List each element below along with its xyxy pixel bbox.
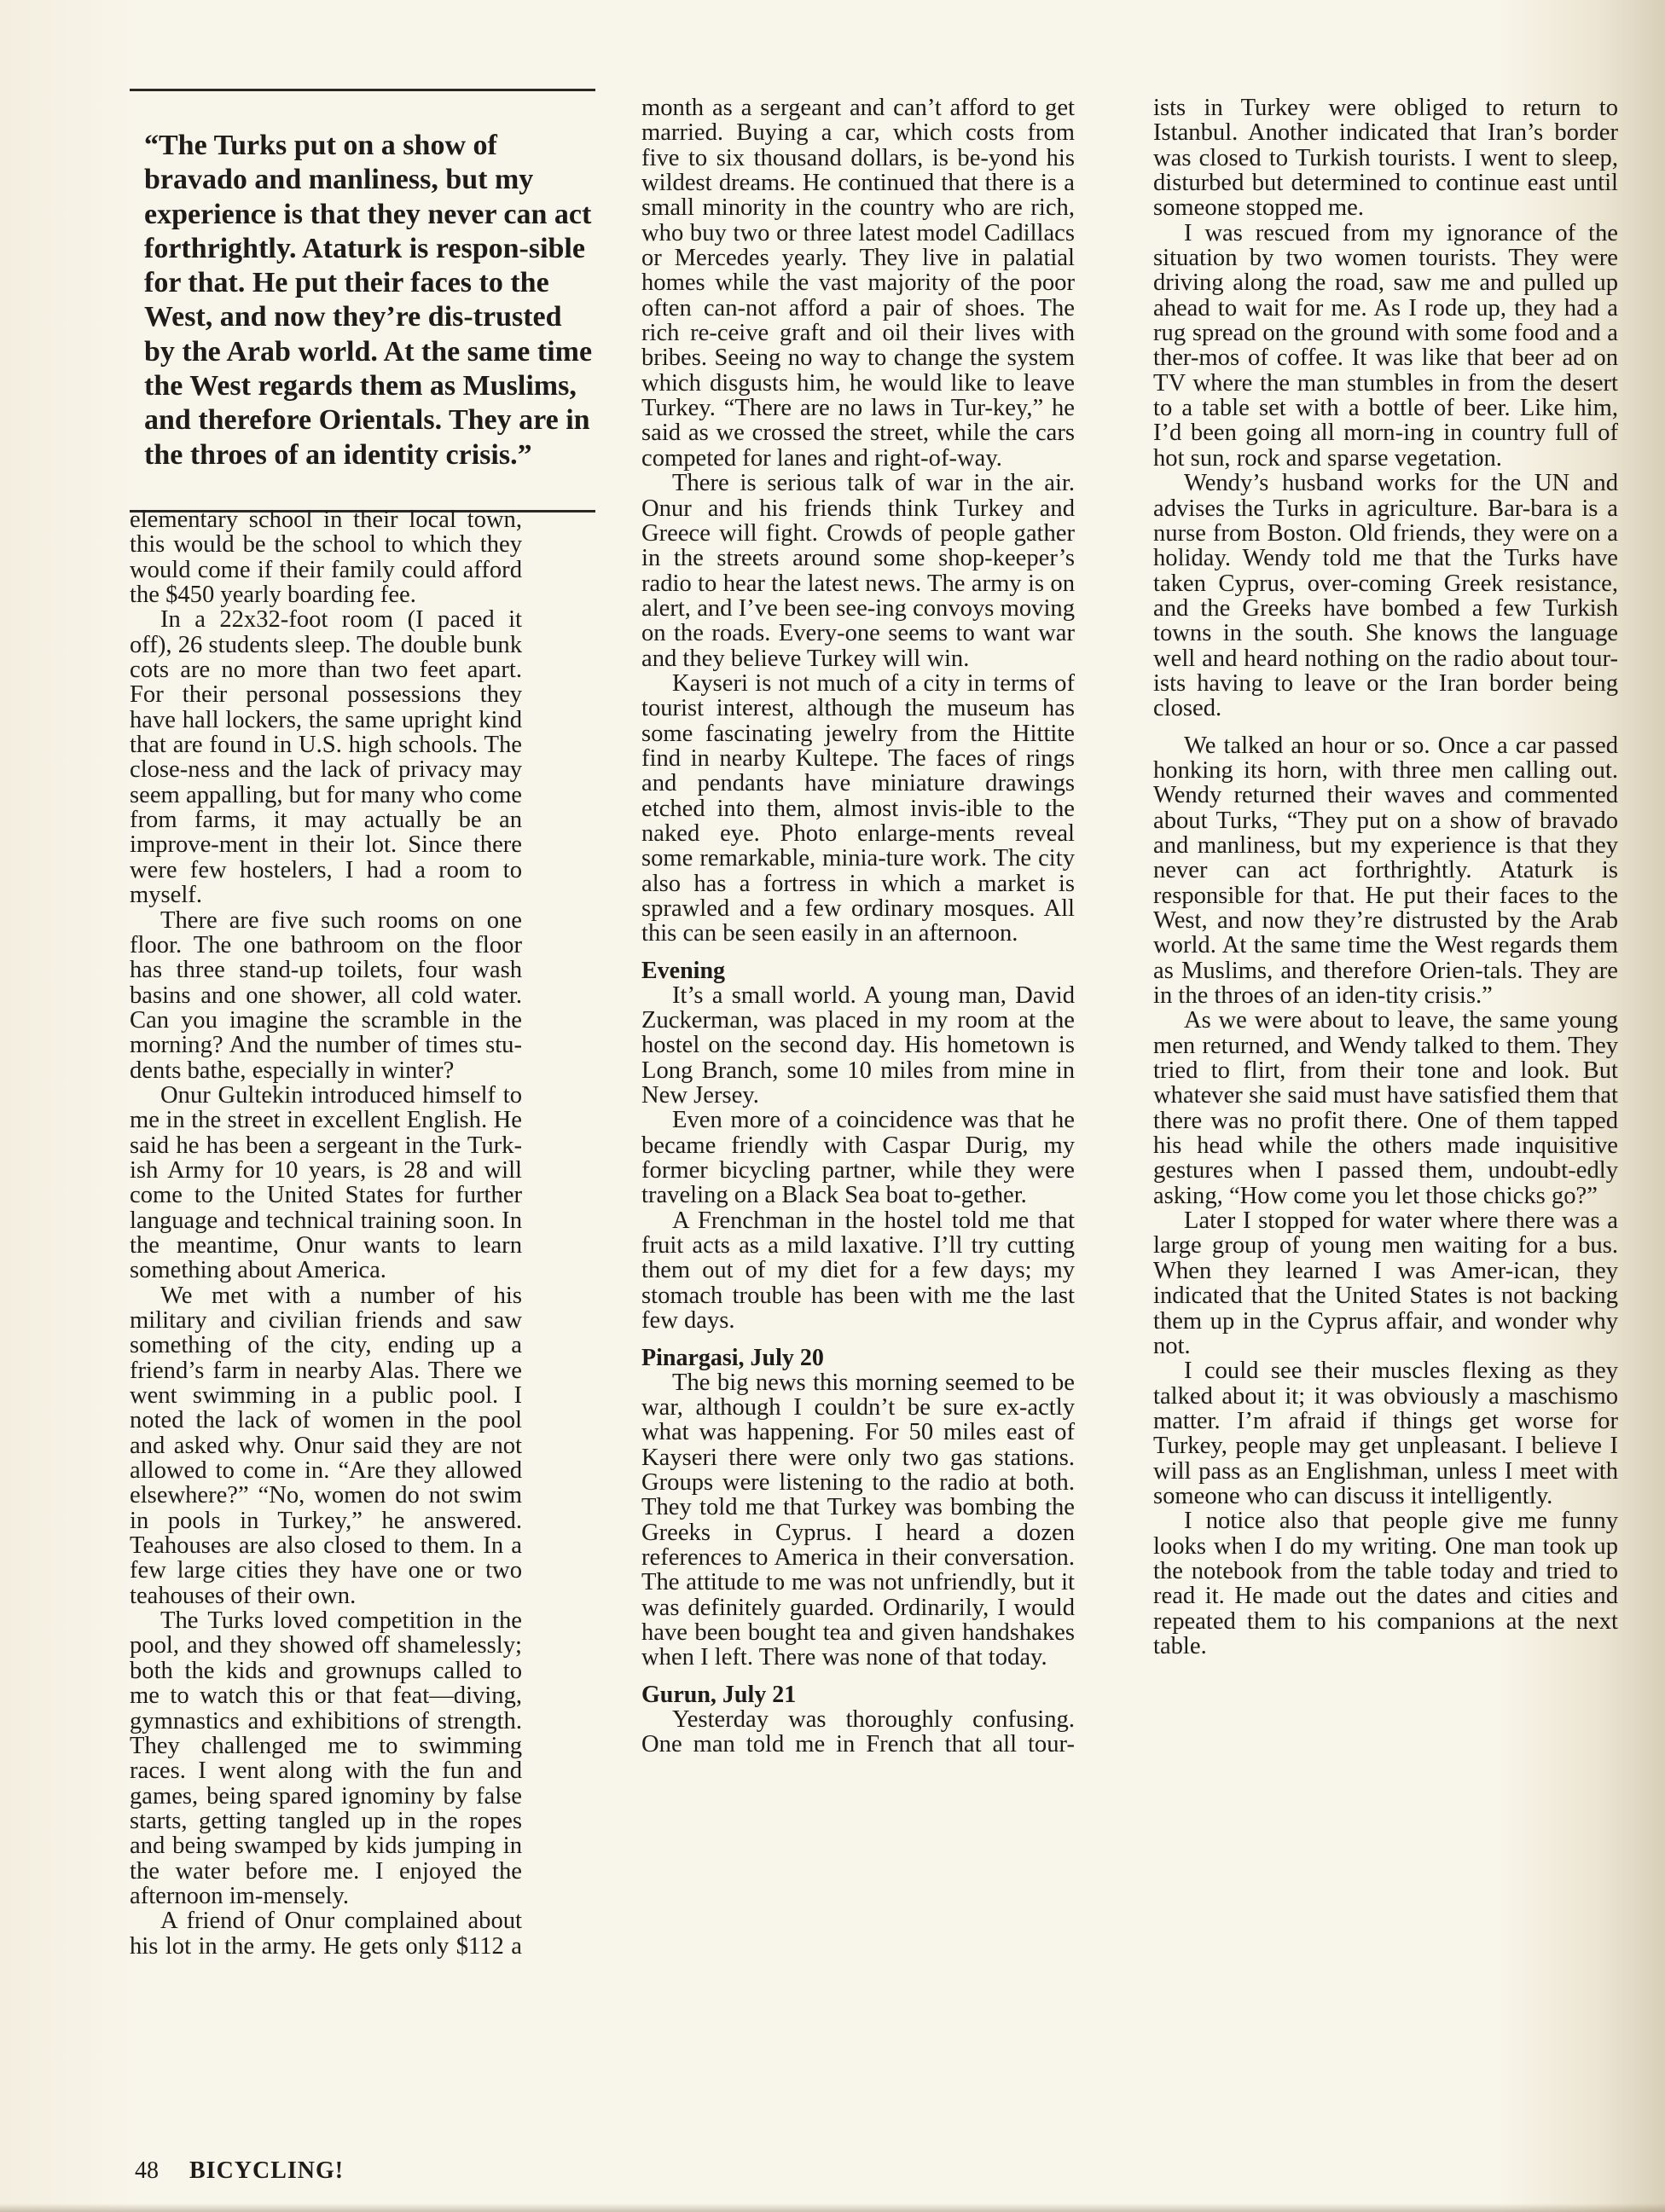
paragraph: I could see their muscles flexing as the… [1153, 1358, 1618, 1508]
pullquote-text: “The Turks put on a show of bravado and … [130, 129, 595, 472]
paragraph: Onur Gultekin introduced himself to me i… [130, 1083, 522, 1283]
paragraph: The Turks loved competition in the pool,… [130, 1608, 522, 1908]
page-number: 48 [135, 2157, 159, 2185]
paragraph: Wendy’s husband works for the UN and adv… [1153, 471, 1618, 721]
paragraph: I notice also that people give me funny … [1153, 1508, 1618, 1659]
section-heading-pinargasi: Pinargasi, July 20 [641, 1346, 1075, 1370]
paragraph: A friend of Onur complained about his lo… [130, 1908, 522, 1959]
paragraph: There is serious talk of war in the air.… [641, 471, 1075, 671]
paragraph: A Frenchman in the hostel told me that f… [641, 1208, 1075, 1334]
paragraph: month as a sergeant and can’t afford to … [641, 96, 1075, 471]
pullquote-top-rule [130, 89, 595, 91]
paragraph: The big news this morning seemed to be w… [641, 1370, 1075, 1671]
paragraph: There are five such rooms on one floor. … [130, 908, 522, 1083]
paragraph: Yesterday was thoroughly confusing. One … [641, 1707, 1075, 1757]
paragraph: Kayseri is not much of a city in terms o… [641, 671, 1075, 947]
paragraph: We talked an hour or so. Once a car pass… [1153, 733, 1618, 1009]
article-column-3: ists in Turkey were obliged to return to… [1153, 96, 1618, 1659]
pullquote: “The Turks put on a show of bravado and … [130, 89, 595, 512]
page-footer: 48 BICYCLING! [135, 2157, 344, 2185]
paragraph: It’s a small world. A young man, David Z… [641, 983, 1075, 1109]
paragraph: I was rescued from my ignorance of the s… [1153, 221, 1618, 471]
magazine-name: BICYCLING! [189, 2157, 344, 2185]
article-column-1: elementary school in their local town, t… [130, 507, 522, 1959]
paragraph: Later I stopped for water where there wa… [1153, 1208, 1618, 1358]
paragraph: elementary school in their local town, t… [130, 507, 522, 607]
section-heading-gurun: Gurun, July 21 [641, 1682, 1075, 1707]
article-column-2: month as a sergeant and can’t afford to … [641, 96, 1075, 1757]
page-edge-shadow [0, 2203, 1665, 2212]
section-heading-evening: Evening [641, 958, 1075, 983]
paragraph: As we were about to leave, the same youn… [1153, 1008, 1618, 1208]
paragraph: We met with a number of his military and… [130, 1283, 522, 1608]
paragraph: In a 22x32-foot room (I paced it off), 2… [130, 607, 522, 907]
paragraph: ists in Turkey were obliged to return to… [1153, 96, 1618, 221]
paragraph: Even more of a coincidence was that he b… [641, 1108, 1075, 1207]
